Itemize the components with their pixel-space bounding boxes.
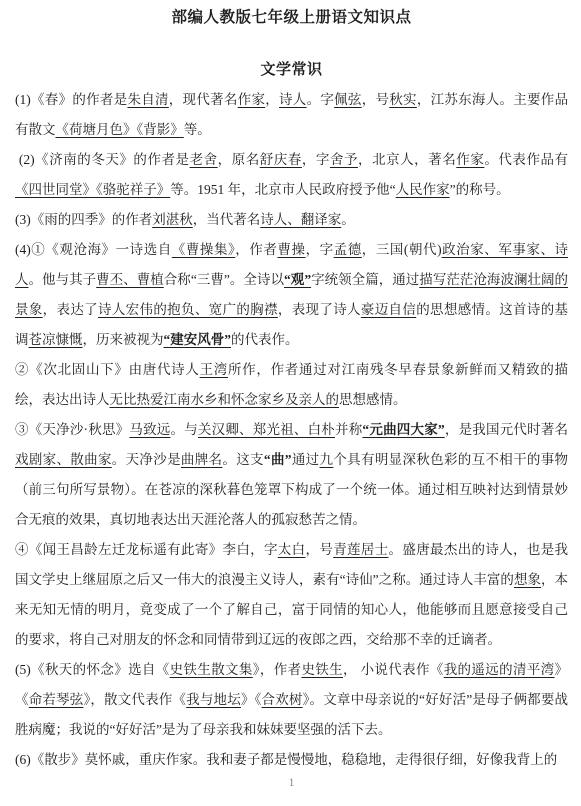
paragraph: ③《天净沙·秋思》马致远。与关汉卿、郑光祖、白朴并称“元曲四大家”，是我国元代时… [15,415,568,535]
bold-text: “曲” [264,452,292,467]
text-run: ④《闻王昌龄左迁龙标遥有此寄》李白，字 [15,542,278,557]
text-run: 。 [341,212,355,227]
section-heading: 文学常识 [15,61,568,79]
text-run: 合称“三曹”。全诗以 [164,272,284,287]
text-run: ，北京人，著名 [358,152,456,167]
text-run: 。代表作品有 [484,152,568,167]
paragraph: (2)《济南的冬天》的作者是老舍，原名舒庆春，字舍予，北京人，著名作家。代表作品… [15,145,568,205]
underlined-text: 曹操 [277,242,305,257]
document-body: (1)《春》的作者是朱自清，现代著名作家，诗人。字佩弦，号秋实，江苏东海人。主要… [15,85,568,775]
underlined-text: 诗人、翻译家 [260,212,341,227]
document-page: 部编人教版七年级上册语文知识点 文学常识 (1)《春》的作者是朱自清，现代著名作… [0,0,581,806]
text-run: ，字 [302,152,330,167]
underlined-text: 舍予 [330,152,358,167]
text-run: 。天净沙是 [112,452,181,467]
underlined-text: 史铁生散文集 [170,662,253,677]
text-run: (6)《散步》莫怀戚，重庆作家。我和妻子都是慢慢地，稳稳地，走得很仔细，好像我背… [15,752,557,767]
underlined-text: 诗人宏伟的抱负、宽广的胸襟 [98,302,278,317]
underlined-text: “建安风骨” [164,332,232,347]
underlined-text: 朱自清 [127,92,168,107]
text-run: ③《天净沙·秋思》 [15,422,129,437]
text-run: 思想感情。 [339,392,407,407]
text-run: ，作者 [235,242,277,257]
underlined-text: 作家 [456,152,484,167]
text-run: ，历来被视为 [83,332,164,347]
underlined-text: 我的遥远的清平湾 [444,662,555,677]
underlined-text: 我与地坛 [186,692,241,707]
underlined-text: 合欢树 [262,692,303,707]
text-run: 的代表作。 [231,332,299,347]
page-number: 1 [15,775,568,789]
paragraph: (6)《散步》莫怀戚，重庆作家。我和妻子都是慢慢地，稳稳地，走得很仔细，好像我背… [15,745,568,775]
underlined-text: “元曲四大家” [362,422,444,437]
underlined-text: 诗人 [279,92,307,107]
text-run: ，号 [306,542,334,557]
text-run: 。与 [171,422,198,437]
paragraph: (3)《雨的四季》的作者刘湛秋，当代著名诗人、翻译家。 [15,205,568,235]
document-title: 部编人教版七年级上册语文知识点 [15,8,568,28]
paragraph: (5)《秋天的怀念》选自《史铁生散文集》，作者史铁生， 小说代表作《我的遥远的清… [15,655,568,745]
underlined-text: 《曹操集》 [172,242,236,257]
text-run: 并称 [335,422,362,437]
text-run: ，原名 [218,152,260,167]
paragraph: (1)《春》的作者是朱自清，现代著名作家，诗人。字佩弦，号秋实，江苏东海人。主要… [15,85,568,145]
text-run: 等。1951 年，北京市人民政府授予他“ [170,182,395,197]
underlined-text: 苍凉慷慨 [29,332,83,347]
underlined-text: “观” [284,272,311,287]
underlined-text: 秋实 [389,92,417,107]
text-run: ，当代著名 [193,212,261,227]
text-run: ，表达了 [43,302,98,317]
underlined-text: 作家 [238,92,266,107]
underlined-text: 想象 [514,572,541,587]
text-run: ，字 [306,242,334,257]
text-run: 字统领全篇，通过 [311,272,419,287]
underlined-text: 刘湛秋 [152,212,193,227]
underlined-text: 命若琴弦 [29,692,84,707]
paragraph: ④《闻王昌龄左迁龙标遥有此寄》李白，字太白，号青莲居士。盛唐最杰出的诗人，也是我… [15,535,568,655]
underlined-text: 史铁生 [301,662,343,677]
underlined-text: 曹丕、曹植 [96,272,164,287]
text-run: 。这支 [222,452,263,467]
text-run: 等。 [184,122,211,137]
underlined-text: 太白 [278,542,306,557]
text-run: (4)①《观沧海》一诗选自 [15,242,172,257]
text-run: 》，作者 [253,662,302,677]
paragraph: ②《次北固山下》由唐代诗人王湾所作，作者通过对江南残冬早春景象新鲜而又精致的描绘… [15,355,568,415]
underlined-text: 青莲居士 [333,542,388,557]
text-run: ”的称号。 [450,182,510,197]
underlined-text: 佩弦 [334,92,362,107]
text-run: ，是我国元代时著名 [445,422,568,437]
text-run: (1)《春》的作者是 [15,92,127,107]
paragraph: (4)①《观沧海》一诗选自《曹操集》，作者曹操，字孟德，三国(朝代)政治家、军事… [15,235,568,355]
underlined-text: 戏剧家、散曲家 [15,452,112,467]
text-run: 。字 [307,92,335,107]
text-run: ②《次北固山下》由唐代诗人 [15,362,200,377]
text-run: (2)《济南的冬天》的作者是 [15,152,190,167]
underlined-text: 舒庆春 [260,152,302,167]
text-run: 。他与其子 [29,272,97,287]
underlined-text: 九 [320,452,334,467]
text-run: ， [265,92,279,107]
text-run: ，表现了诗人 [278,302,361,317]
text-run: 通过 [292,452,320,467]
text-run: ，三国(朝代) [362,242,442,257]
text-run: ，号 [362,92,390,107]
underlined-text: 《荷塘月色》《背影》 [56,122,184,137]
underlined-text: 无比热爱江南水乡和怀念家乡及亲人的 [110,392,340,407]
underlined-text: 《四世同堂》《骆驼祥子》 [15,182,170,197]
underlined-text: 老舍 [190,152,218,167]
underlined-text: 曲牌名 [181,452,222,467]
underlined-text: 人民作家 [396,182,450,197]
underlined-text: 豪迈自信 [361,302,416,317]
underlined-text: 关汉卿、郑光祖、白朴 [198,422,335,437]
text-run: ，现代著名 [169,92,238,107]
text-run: (3)《雨的四季》的作者 [15,212,152,227]
underlined-text: 马致远 [129,422,170,437]
text-run: (5)《秋天的怀念》选自《 [15,662,170,677]
text-run: ， 小说代表作《 [343,662,444,677]
underlined-text: 孟德 [334,242,362,257]
text-run: 》，散文代表作《 [83,692,186,707]
underlined-text: 王湾 [200,362,228,377]
text-run: 》《 [241,692,262,707]
